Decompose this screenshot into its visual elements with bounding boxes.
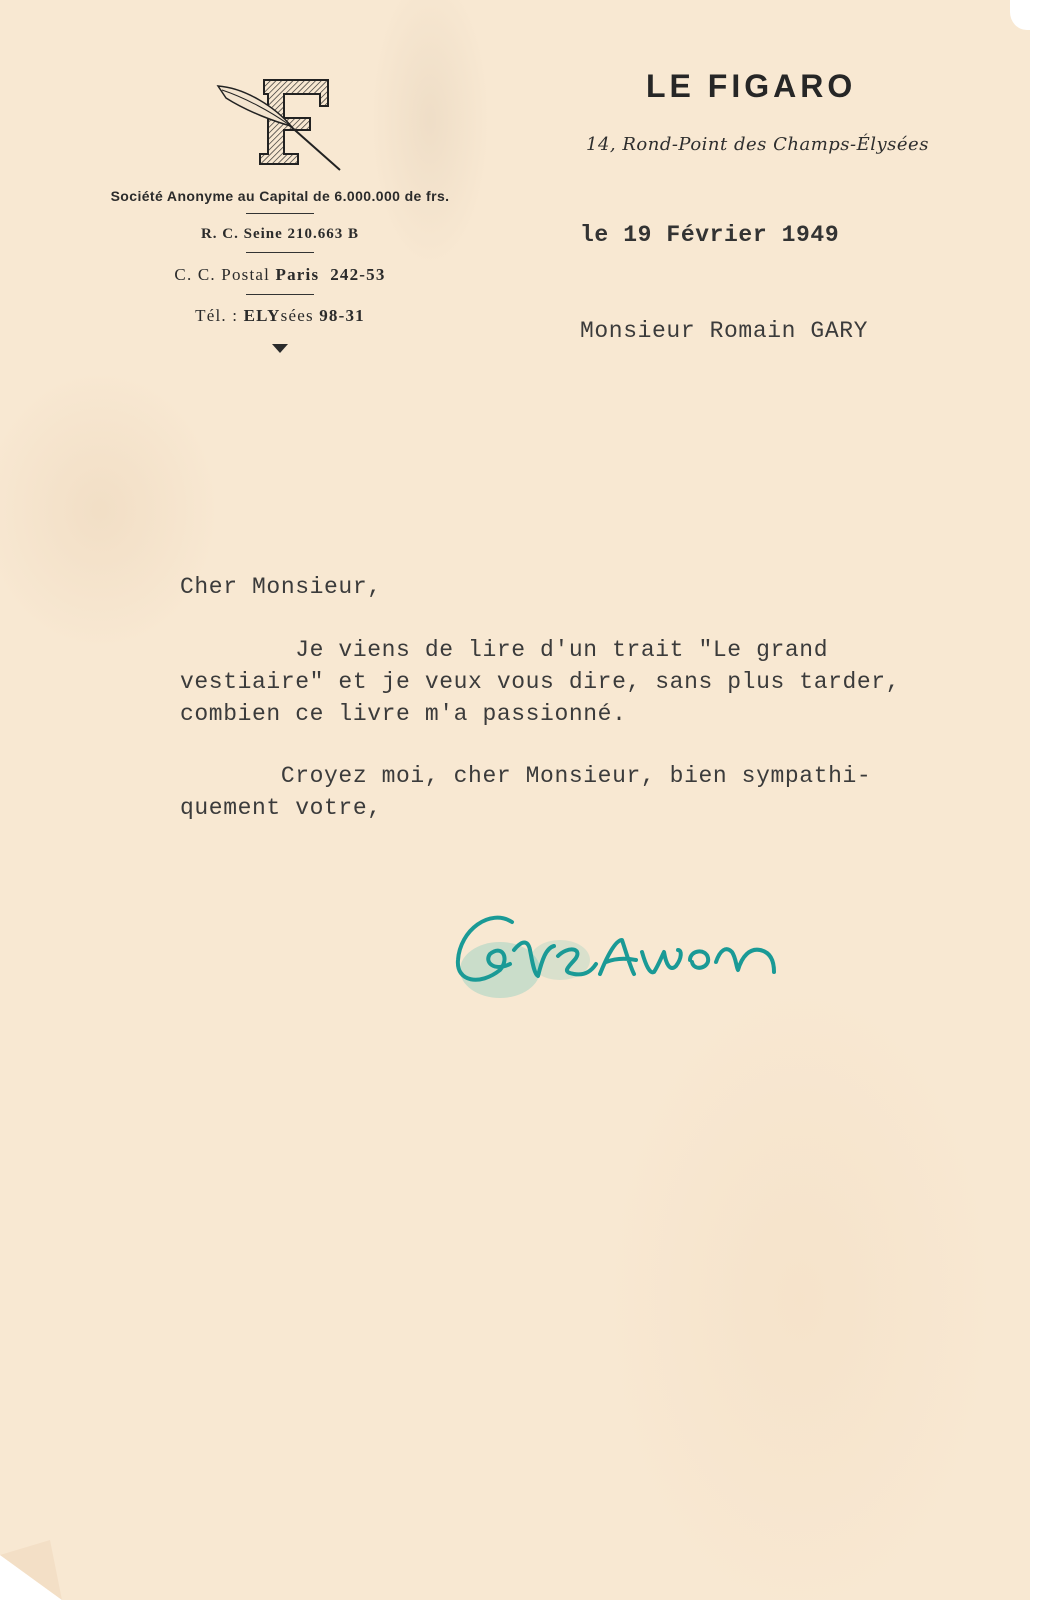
tel-exchange-rest: sées [281,306,314,325]
ccp-city: Paris [276,265,320,284]
triangle-marker-icon [272,344,288,353]
body-line: quement votre, [180,795,382,821]
divider [246,294,314,295]
body-line: vestiaire" et je veux vous dire, sans pl… [180,669,900,695]
registry-line: R. C. Seine 210.663 B [60,226,500,243]
tel-exchange-bold: ELY [244,306,281,325]
ccp-number: 242-53 [330,265,385,284]
figaro-logo-icon [216,78,346,173]
body-line: Je viens de lire d'un trait "Le grand [180,637,828,663]
divider [246,252,314,253]
salutation: Cher Monsieur, [180,574,382,600]
handwritten-signature-icon [450,900,830,1010]
recipient: Monsieur Romain GARY [580,318,868,344]
company-capital-line: Société Anonyme au Capital de 6.000.000 … [60,188,500,204]
letter-date: le 19 Février 1949 [580,222,839,248]
divider [246,213,314,214]
newspaper-title: LE FIGARO [646,68,856,105]
body-line: Croyez moi, cher Monsieur, bien sympathi… [180,763,871,789]
ccp-label: C. C. Postal [174,265,275,284]
tel-number: 98-31 [319,306,365,325]
postal-account-line: C. C. Postal Paris 242-53 [60,265,500,285]
telephone-line: Tél. : ELYsées 98-31 [60,306,500,326]
tel-label: Tél. : [195,306,244,325]
newspaper-address: 14, Rond-Point des Champs-Élysées [586,134,929,155]
body-line: combien ce livre m'a passionné. [180,701,626,727]
